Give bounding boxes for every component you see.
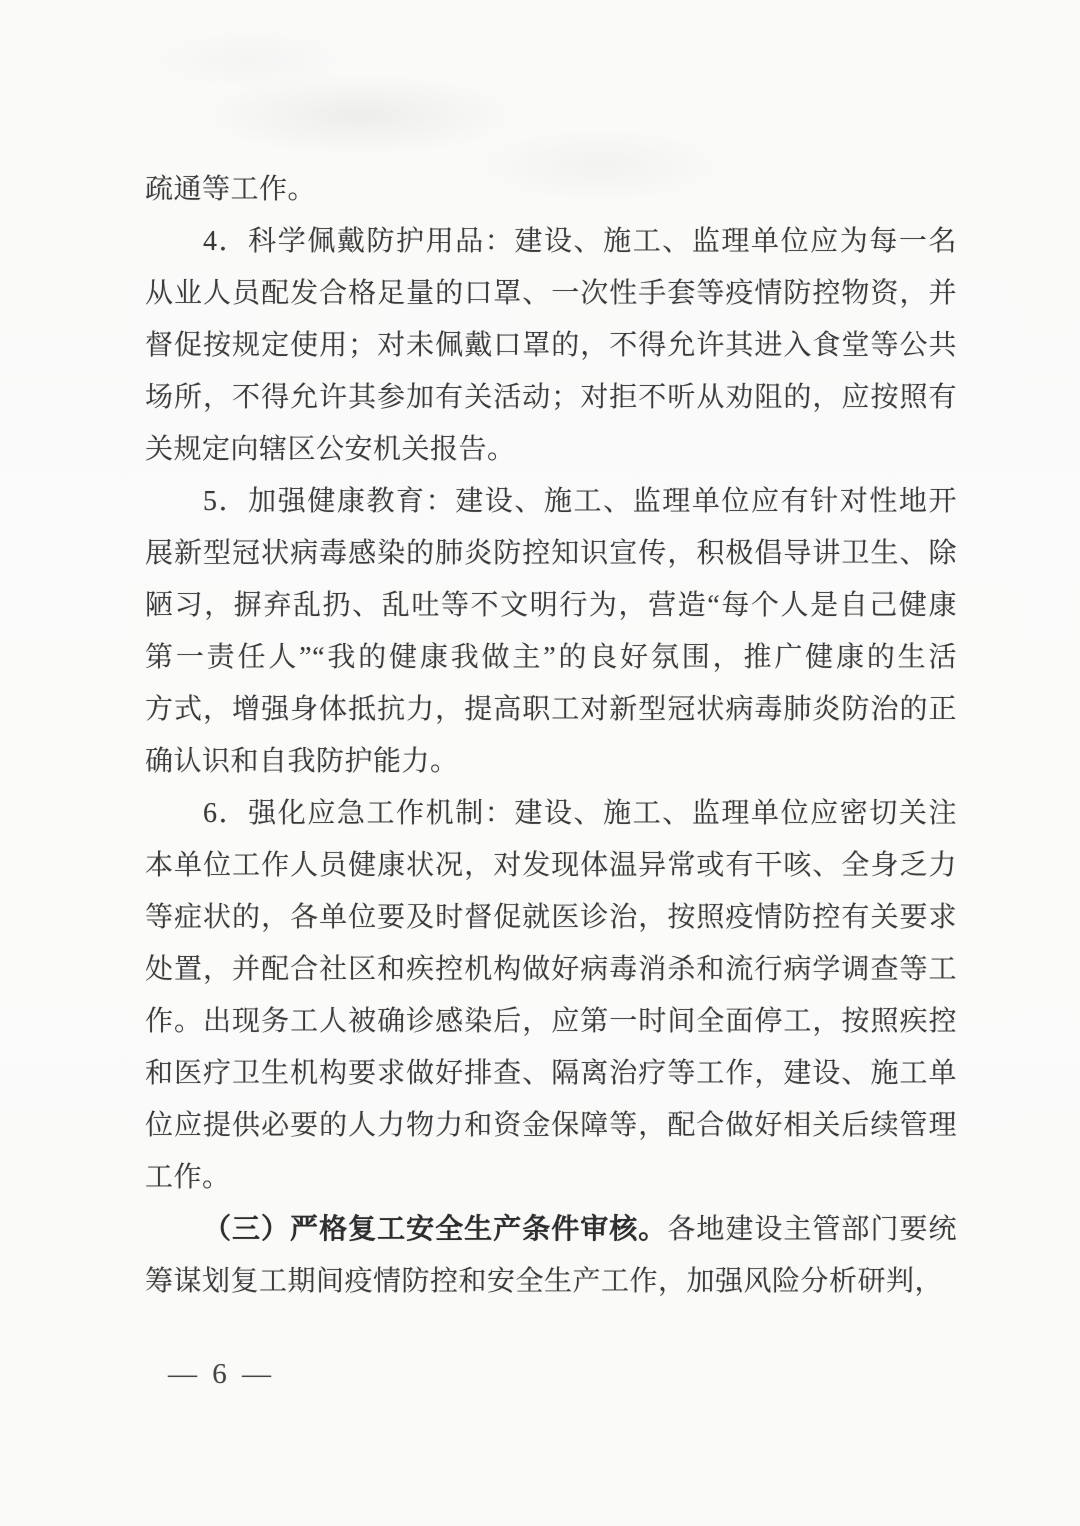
text-segment: 和医疗卫生机构要求做好排查、隔离治疗等工作，建设、施工单 (145, 1058, 957, 1089)
text-line: 第一责任人”“我的健康我做主”的良好氛围，推广健康的生活 (145, 632, 957, 684)
text-segment: 关规定向辖区公安机关报告。 (145, 434, 516, 465)
text-segment: 筹谋划复工期间疫情防控和安全生产工作，加强风险分析研判， (145, 1266, 943, 1297)
text-line: 督促按规定使用；对未佩戴口罩的，不得允许其进入食堂等公共 (145, 320, 957, 372)
text-segment: 6．强化应急工作机制：建设、施工、监理单位应密切关注 (203, 798, 957, 829)
text-line: 关规定向辖区公安机关报告。 (145, 424, 957, 476)
text-segment: 督促按规定使用；对未佩戴口罩的，不得允许其进入食堂等公共 (145, 330, 957, 361)
text-line: 场所，不得允许其参加有关活动；对拒不听从劝阻的，应按照有 (145, 372, 957, 424)
paragraph: 4．科学佩戴防护用品：建设、施工、监理单位应为每一名从业人员配发合格足量的口罩、… (145, 216, 957, 476)
text-segment: 作。出现务工人被确诊感染后，应第一时间全面停工，按照疾控 (145, 1006, 957, 1037)
text-segment: 等症状的，各单位要及时督促就医诊治，按照疫情防控有关要求 (145, 902, 957, 933)
text-line: 和医疗卫生机构要求做好排查、隔离治疗等工作，建设、施工单 (145, 1048, 957, 1100)
text-line: 位应提供必要的人力物力和资金保障等，配合做好相关后续管理 (145, 1100, 957, 1152)
text-segment: 展新型冠状病毒感染的肺炎防控知识宣传，积极倡导讲卫生、除 (145, 538, 957, 569)
text-segment: 处置，并配合社区和疾控机构做好病毒消杀和流行病学调查等工 (145, 954, 957, 985)
paragraph: （三）严格复工安全生产条件审核。各地建设主管部门要统筹谋划复工期间疫情防控和安全… (145, 1204, 957, 1308)
text-line: （三）严格复工安全生产条件审核。各地建设主管部门要统 (145, 1204, 957, 1256)
text-segment: 4．科学佩戴防护用品：建设、施工、监理单位应为每一名 (203, 226, 957, 257)
text-segment: 方式，增强身体抵抗力，提高职工对新型冠状病毒肺炎防治的正 (145, 694, 957, 725)
text-line: 筹谋划复工期间疫情防控和安全生产工作，加强风险分析研判， (145, 1256, 957, 1308)
text-line: 作。出现务工人被确诊感染后，应第一时间全面停工，按照疾控 (145, 996, 957, 1048)
text-line: 处置，并配合社区和疾控机构做好病毒消杀和流行病学调查等工 (145, 944, 957, 996)
text-segment: 本单位工作人员健康状况，对发现体温异常或有干咳、全身乏力 (145, 850, 957, 881)
text-segment: 第一责任人”“我的健康我做主”的良好氛围，推广健康的生活 (145, 642, 957, 673)
scanned-document-page: 疏通等工作。4．科学佩戴防护用品：建设、施工、监理单位应为每一名从业人员配发合格… (0, 0, 1080, 1526)
text-line: 方式，增强身体抵抗力，提高职工对新型冠状病毒肺炎防治的正 (145, 684, 957, 736)
text-line: 5．加强健康教育：建设、施工、监理单位应有针对性地开 (145, 476, 957, 528)
text-segment: 各地建设主管部门要统 (667, 1214, 957, 1245)
paragraph: 6．强化应急工作机制：建设、施工、监理单位应密切关注本单位工作人员健康状况，对发… (145, 788, 957, 1204)
text-line: 本单位工作人员健康状况，对发现体温异常或有干咳、全身乏力 (145, 840, 957, 892)
paragraph: 疏通等工作。 (145, 164, 957, 216)
text-line: 展新型冠状病毒感染的肺炎防控知识宣传，积极倡导讲卫生、除 (145, 528, 957, 580)
text-line: 从业人员配发合格足量的口罩、一次性手套等疫情防控物资，并 (145, 268, 957, 320)
text-segment: 工作。 (145, 1162, 231, 1193)
paragraph: 5．加强健康教育：建设、施工、监理单位应有针对性地开展新型冠状病毒感染的肺炎防控… (145, 476, 957, 788)
text-segment: 确认识和自我防护能力。 (145, 746, 459, 777)
section-heading-segment: （三）严格复工安全生产条件审核。 (203, 1214, 667, 1245)
text-segment: 位应提供必要的人力物力和资金保障等，配合做好相关后续管理 (145, 1110, 957, 1141)
text-line: 等症状的，各单位要及时督促就医诊治，按照疫情防控有关要求 (145, 892, 957, 944)
text-line: 工作。 (145, 1152, 957, 1204)
text-line: 确认识和自我防护能力。 (145, 736, 957, 788)
text-segment: 场所，不得允许其参加有关活动；对拒不听从劝阻的，应按照有 (145, 382, 957, 413)
text-segment: 5．加强健康教育：建设、施工、监理单位应有针对性地开 (203, 486, 957, 517)
text-segment: 疏通等工作。 (145, 174, 316, 205)
text-segment: 陋习，摒弃乱扔、乱吐等不文明行为，营造“每个人是自己健康 (145, 590, 957, 621)
document-body: 疏通等工作。4．科学佩戴防护用品：建设、施工、监理单位应为每一名从业人员配发合格… (145, 164, 957, 1308)
text-segment: 从业人员配发合格足量的口罩、一次性手套等疫情防控物资，并 (145, 278, 957, 309)
page-number: — 6 — (168, 1358, 275, 1391)
text-line: 6．强化应急工作机制：建设、施工、监理单位应密切关注 (145, 788, 957, 840)
text-line: 疏通等工作。 (145, 164, 957, 216)
text-line: 陋习，摒弃乱扔、乱吐等不文明行为，营造“每个人是自己健康 (145, 580, 957, 632)
text-line: 4．科学佩戴防护用品：建设、施工、监理单位应为每一名 (145, 216, 957, 268)
